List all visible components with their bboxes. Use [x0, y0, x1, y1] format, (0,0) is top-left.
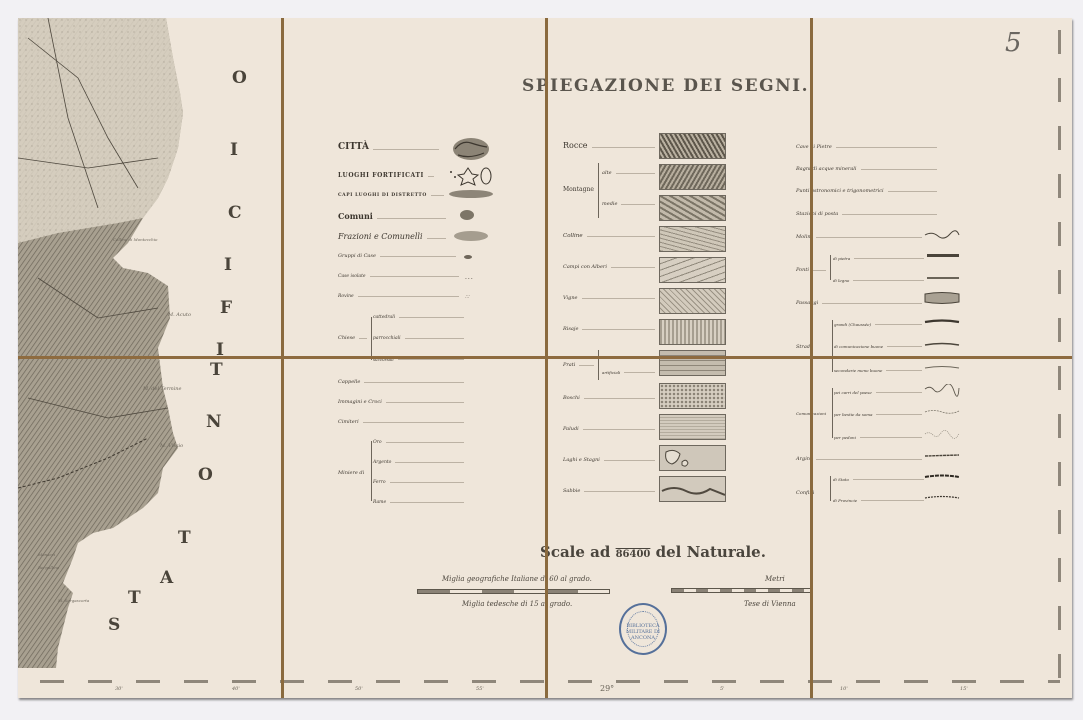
medium-mountains-swatch — [659, 195, 726, 221]
legend-item-montagne: Montagne — [563, 186, 598, 193]
legend-item-cave-pietre: Cave di Pietre — [796, 144, 941, 150]
rice-fields-swatch — [659, 319, 726, 345]
comunicazioni-brace — [832, 388, 833, 438]
chiese-brace — [371, 317, 372, 360]
bottom-tick-label: 40' — [232, 686, 240, 692]
legend-item-rovine: Rovine — [338, 294, 463, 299]
bottom-tick-label: 5' — [720, 686, 725, 692]
vineyards-swatch — [659, 288, 726, 314]
prati-brace — [598, 350, 599, 380]
marsh-swatch — [659, 414, 726, 440]
legend-item-montagne-alte: alte — [602, 170, 659, 176]
place-label: Colline di Montecchio — [113, 237, 157, 242]
legend-item-ponti-pietra: di pietra — [833, 256, 928, 261]
montagne-brace — [598, 163, 599, 218]
side-letter: O — [198, 465, 215, 485]
sand-river-icon — [660, 477, 725, 501]
city-symbol-icon — [450, 135, 492, 163]
legend-item-argini: Argini — [796, 456, 926, 462]
legend-item-colline: Colline — [563, 233, 659, 239]
scalebar-meters — [671, 588, 812, 593]
bottom-tick-label: 15' — [960, 686, 968, 692]
bottom-tick-label: 29° — [600, 684, 614, 693]
side-letter: I — [230, 140, 240, 160]
side-letter: O — [232, 68, 249, 88]
legend-item-vigne: Vigne — [563, 295, 659, 301]
bottom-graduation-strip — [40, 680, 1060, 683]
strade-brace — [832, 320, 833, 372]
hamlet-icon — [452, 230, 490, 242]
legend-item-comunicazioni-soma: per bestie da soma — [834, 412, 926, 417]
isolated-house-icon: ··· — [465, 276, 474, 283]
legend-item-gruppi-di-case: Gruppi di Case — [338, 253, 460, 259]
scale-caption-meters: Metri — [765, 575, 785, 583]
legend-item-cimiteri: Cimiteri — [338, 419, 468, 425]
legend-item-miniere-argento: Argento — [373, 460, 468, 465]
side-letter: A — [160, 568, 175, 588]
rocks-swatch — [659, 133, 726, 159]
legend-item-miniere-ferro: Ferro — [373, 480, 468, 485]
legend-item-comunicazioni: Comunicazioni — [796, 411, 832, 416]
legend-item-passaggi: Passaggi — [796, 300, 926, 306]
place-label: Bergullino — [38, 565, 59, 570]
ruins-icon: ∴∵ — [465, 294, 470, 299]
place-label: M. Acuto — [168, 312, 191, 318]
side-letter: I — [224, 255, 234, 275]
legend-item-confini-stato: di Stato — [833, 477, 928, 482]
legend-item-montagne-medie: medie — [602, 201, 659, 207]
side-letter: S — [108, 615, 122, 635]
legend-item-case-isolate: Case isolate — [338, 274, 463, 279]
embankment-icon — [924, 451, 960, 459]
side-letter: C — [228, 203, 244, 223]
library-stamp: BIBLIOTECA MILITARE DI ANCONA — [619, 603, 667, 655]
legend-item-comuni: Comuni — [338, 211, 450, 221]
place-label: M. Vissio — [160, 443, 183, 449]
ferry-passage-icon — [924, 291, 960, 305]
legend-item-immagini-croci: Immagini e Croci — [338, 399, 468, 405]
legend-item-luoghi-fortificati: LUOGHI FORTIFICATI — [338, 172, 438, 179]
page-number: 5 — [1005, 28, 1022, 58]
high-mountains-swatch — [659, 164, 726, 190]
legend-item-risaje: Risaje — [563, 326, 659, 332]
road-symbols-icon — [924, 317, 960, 377]
legend-item-laghi: Laghi e Stagni — [563, 457, 659, 463]
stone-bridge-icon — [927, 254, 959, 257]
legend-item-confini-provincie: di Provincie — [833, 498, 928, 503]
fields-swatch — [659, 257, 726, 283]
side-letter: N — [206, 412, 224, 432]
legend-item-capi-luoghi: CAPI LUOGHI DI DISTRETTO — [338, 193, 448, 198]
scale-fraction: 86400 — [616, 549, 651, 560]
legend-item-frazioni: Frazioni e Comunelli — [338, 232, 450, 241]
legend-item-ponti-legno: di legno — [833, 278, 928, 283]
place-label: M. Sorgascorta — [58, 598, 89, 603]
legend-item-sabbie: Sabbie — [563, 488, 659, 494]
side-letter: T — [128, 588, 143, 608]
legend-item-boschi: Boschi — [563, 395, 659, 401]
sand-swatch — [659, 476, 726, 502]
legend-item-strade: Strade — [796, 344, 832, 350]
commune-icon — [458, 208, 476, 222]
side-letter: T — [210, 360, 225, 380]
legend-item-molini: Molini — [796, 234, 926, 240]
legend-item-comunicazioni-carri: pei carri del paese — [834, 390, 926, 395]
miniere-brace — [371, 441, 372, 501]
fortress-icon — [448, 166, 494, 186]
mill-symbol-icon — [924, 230, 960, 240]
right-graduation-strip — [1058, 30, 1061, 680]
legend-item-bagni: Bagni di acque minerali — [796, 166, 941, 172]
legend-item-miniere-oro: Oro — [373, 440, 468, 445]
scalebar-miles — [417, 589, 610, 594]
side-letter: T — [178, 528, 193, 548]
scale-caption-vienna-toises: Tese di Vienna — [744, 600, 796, 608]
legend-item-citta: CITTÀ — [338, 142, 443, 152]
ponti-brace — [830, 255, 831, 280]
legend-item-campi-alberi: Campi con Alberi — [563, 264, 659, 270]
house-group-icon — [463, 254, 473, 260]
legend-item-strade-comunicazione: di comunicazione buone — [834, 344, 926, 349]
legend-item-strade-grandi: grandi (Chaussée) — [834, 322, 926, 327]
hills-swatch — [659, 226, 726, 252]
legend-item-punti-astronomici: Punti astronomici e trigonometrici — [796, 188, 941, 194]
legend-item-rocce: Rocce — [563, 141, 659, 150]
legend-item-ponti: Ponti — [796, 267, 830, 273]
district-capital-icon — [446, 189, 496, 199]
place-label: M. del Termine — [143, 386, 181, 392]
border-symbols-icon — [924, 472, 960, 502]
legend-item-miniere-rame: Rame — [373, 500, 468, 505]
legend-item-chiese-parrocchiali: parrocchiali — [373, 336, 468, 341]
meadows-swatch — [659, 350, 726, 376]
path-symbols-icon — [924, 384, 960, 440]
place-label: Monacci — [38, 552, 55, 557]
legend-item-confini: Confini — [796, 490, 830, 496]
legend-item-stazioni-posta: Stazioni di posta — [796, 211, 941, 217]
bottom-tick-label: 10' — [840, 686, 848, 692]
side-letter: F — [220, 298, 234, 318]
legend-item-prati: Prati — [563, 362, 598, 368]
lake-shape-icon — [660, 446, 725, 470]
lakes-swatch — [659, 445, 726, 471]
woods-swatch — [659, 383, 726, 409]
legend-item-strade-secondarie: secondarie meno buone — [834, 368, 926, 373]
legend-item-paludi: Paludi — [563, 426, 659, 432]
fold-seam-horizontal — [18, 356, 1072, 359]
bottom-tick-label: 55' — [476, 686, 484, 692]
bottom-tick-label: 50' — [355, 686, 363, 692]
scale-caption-german-miles: Miglia tedesche di 15 al grado. — [462, 600, 572, 608]
scale-caption-italian-miles: Miglia geografiche Italiane di 60 al gra… — [442, 575, 592, 583]
legend-item-comunicazioni-pedoni: per pedoni — [834, 435, 926, 440]
legend-item-miniere: Miniere di — [338, 470, 371, 476]
wood-bridge-icon — [927, 277, 959, 279]
scale-title: Scale ad 86400 del Naturale. — [540, 543, 766, 561]
confini-brace — [830, 476, 831, 501]
legend-title: SPIEGAZIONE DEI SEGNI. — [522, 76, 809, 96]
legend-item-cappelle: Cappelle — [338, 379, 468, 385]
legend-item-chiese-cattedrali: cattedrali — [373, 315, 468, 320]
bottom-tick-label: 30' — [115, 686, 123, 692]
legend-item-chiese: Chiese — [338, 335, 371, 341]
legend-item-prati-artificiali: artificiali — [602, 370, 659, 375]
